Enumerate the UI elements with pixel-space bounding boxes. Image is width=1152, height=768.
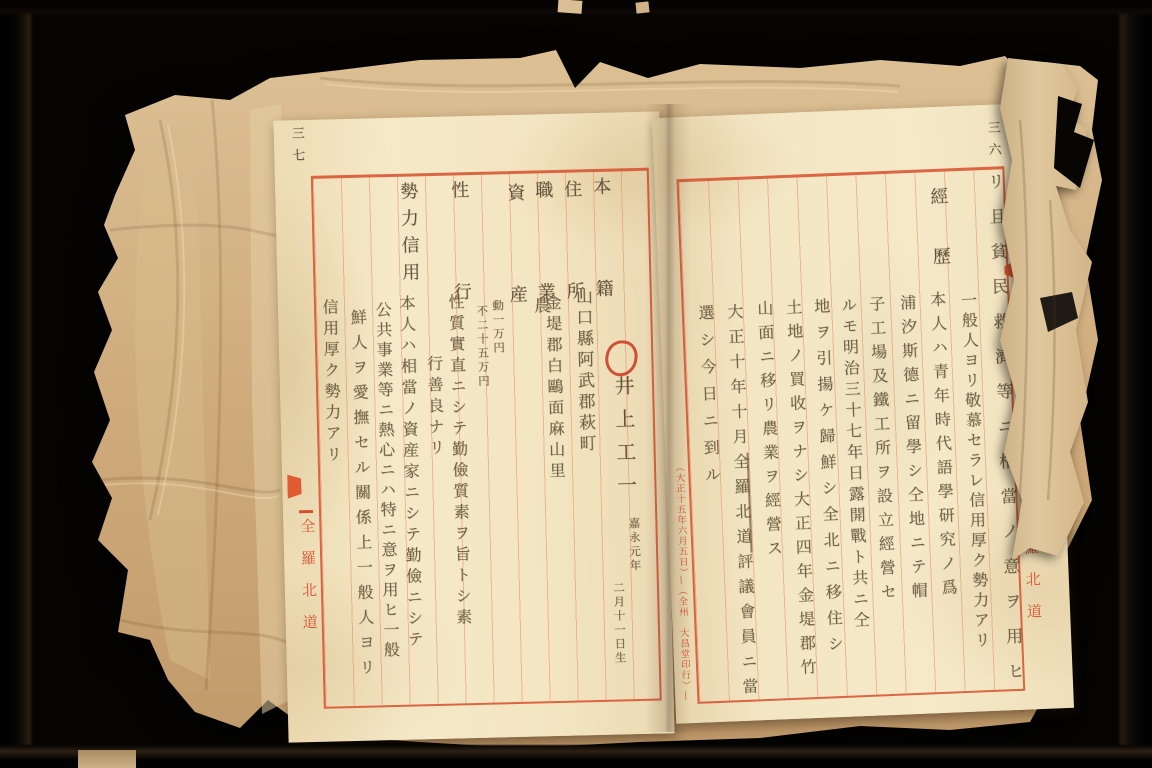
paper-fragment-top-2 xyxy=(635,1,649,13)
paper-fragment-bottom xyxy=(78,750,136,768)
torn-cover-flap xyxy=(0,0,1152,768)
paper-fragment-top-1 xyxy=(558,0,583,14)
framed-document-photo: 三七 井上工一 嘉永元年 二月十一日生 本籍 山口縣阿武郡萩町 住所 金堤郡白鷗… xyxy=(0,0,1152,768)
